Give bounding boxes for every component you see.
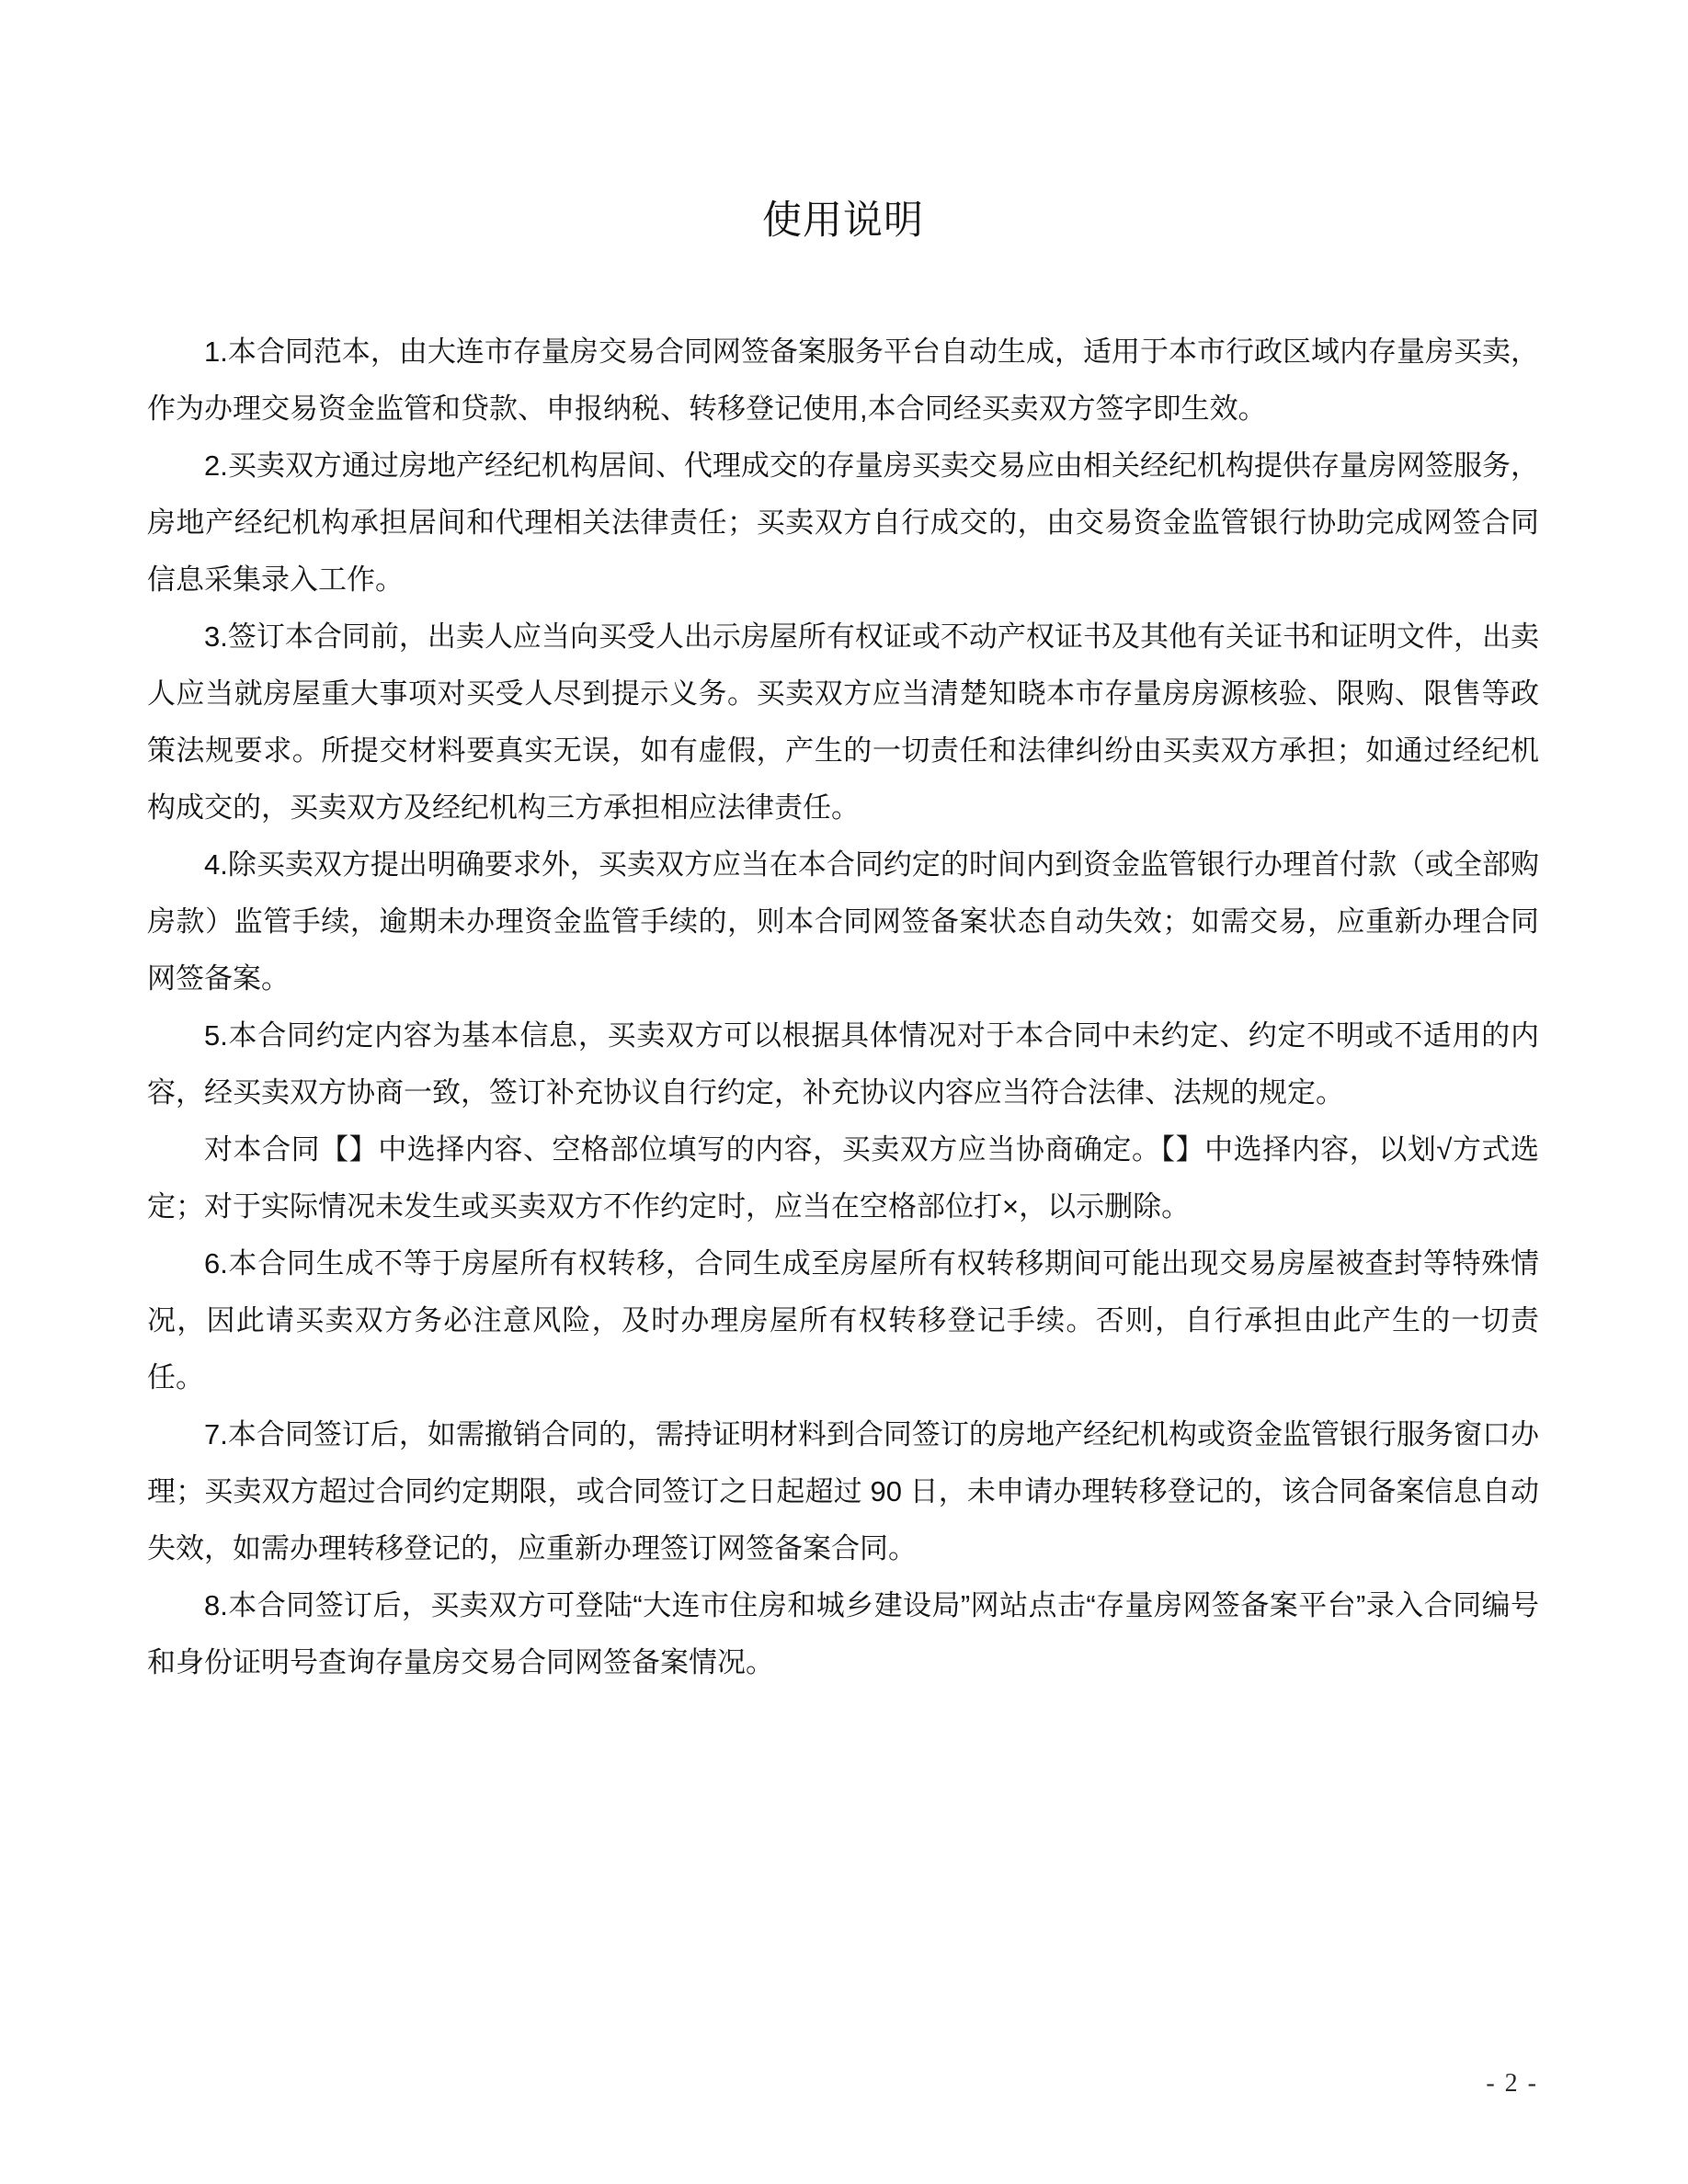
- paragraph-6: 6.本合同生成不等于房屋所有权转移，合同生成至房屋所有权转移期间可能出现交易房屋…: [147, 1235, 1539, 1406]
- document-content: 使用说明 1.本合同范本，由大连市存量房交易合同网签备案服务平台自动生成，适用于…: [147, 0, 1539, 1691]
- paragraph-2: 2.买卖双方通过房地产经纪机构居间、代理成交的存量房买卖交易应由相关经纪机构提供…: [147, 438, 1539, 609]
- paragraph-1: 1.本合同范本，由大连市存量房交易合同网签备案服务平台自动生成，适用于本市行政区…: [147, 324, 1539, 438]
- paragraph-7: 7.本合同签订后，如需撤销合同的，需持证明材料到合同签订的房地产经纪机构或资金监…: [147, 1406, 1539, 1577]
- paragraph-5-note: 对本合同【】中选择内容、空格部位填写的内容，买卖双方应当协商确定。【】中选择内容…: [147, 1121, 1539, 1235]
- paragraph-8: 8.本合同签订后，买卖双方可登陆“大连市住房和城乡建设局”网站点击“存量房网签备…: [147, 1577, 1539, 1691]
- document-page: 使用说明 1.本合同范本，由大连市存量房交易合同网签备案服务平台自动生成，适用于…: [0, 0, 1688, 2184]
- document-body: 1.本合同范本，由大连市存量房交易合同网签备案服务平台自动生成，适用于本市行政区…: [147, 324, 1539, 1691]
- paragraph-5: 5.本合同约定内容为基本信息，买卖双方可以根据具体情况对于本合同中未约定、约定不…: [147, 1007, 1539, 1121]
- paragraph-4: 4.除买卖双方提出明确要求外，买卖双方应当在本合同约定的时间内到资金监管银行办理…: [147, 836, 1539, 1007]
- paragraph-3: 3.签订本合同前，出卖人应当向买受人出示房屋所有权证或不动产权证书及其他有关证书…: [147, 609, 1539, 836]
- page-number: - 2 -: [1486, 2068, 1538, 2099]
- document-title: 使用说明: [147, 189, 1539, 252]
